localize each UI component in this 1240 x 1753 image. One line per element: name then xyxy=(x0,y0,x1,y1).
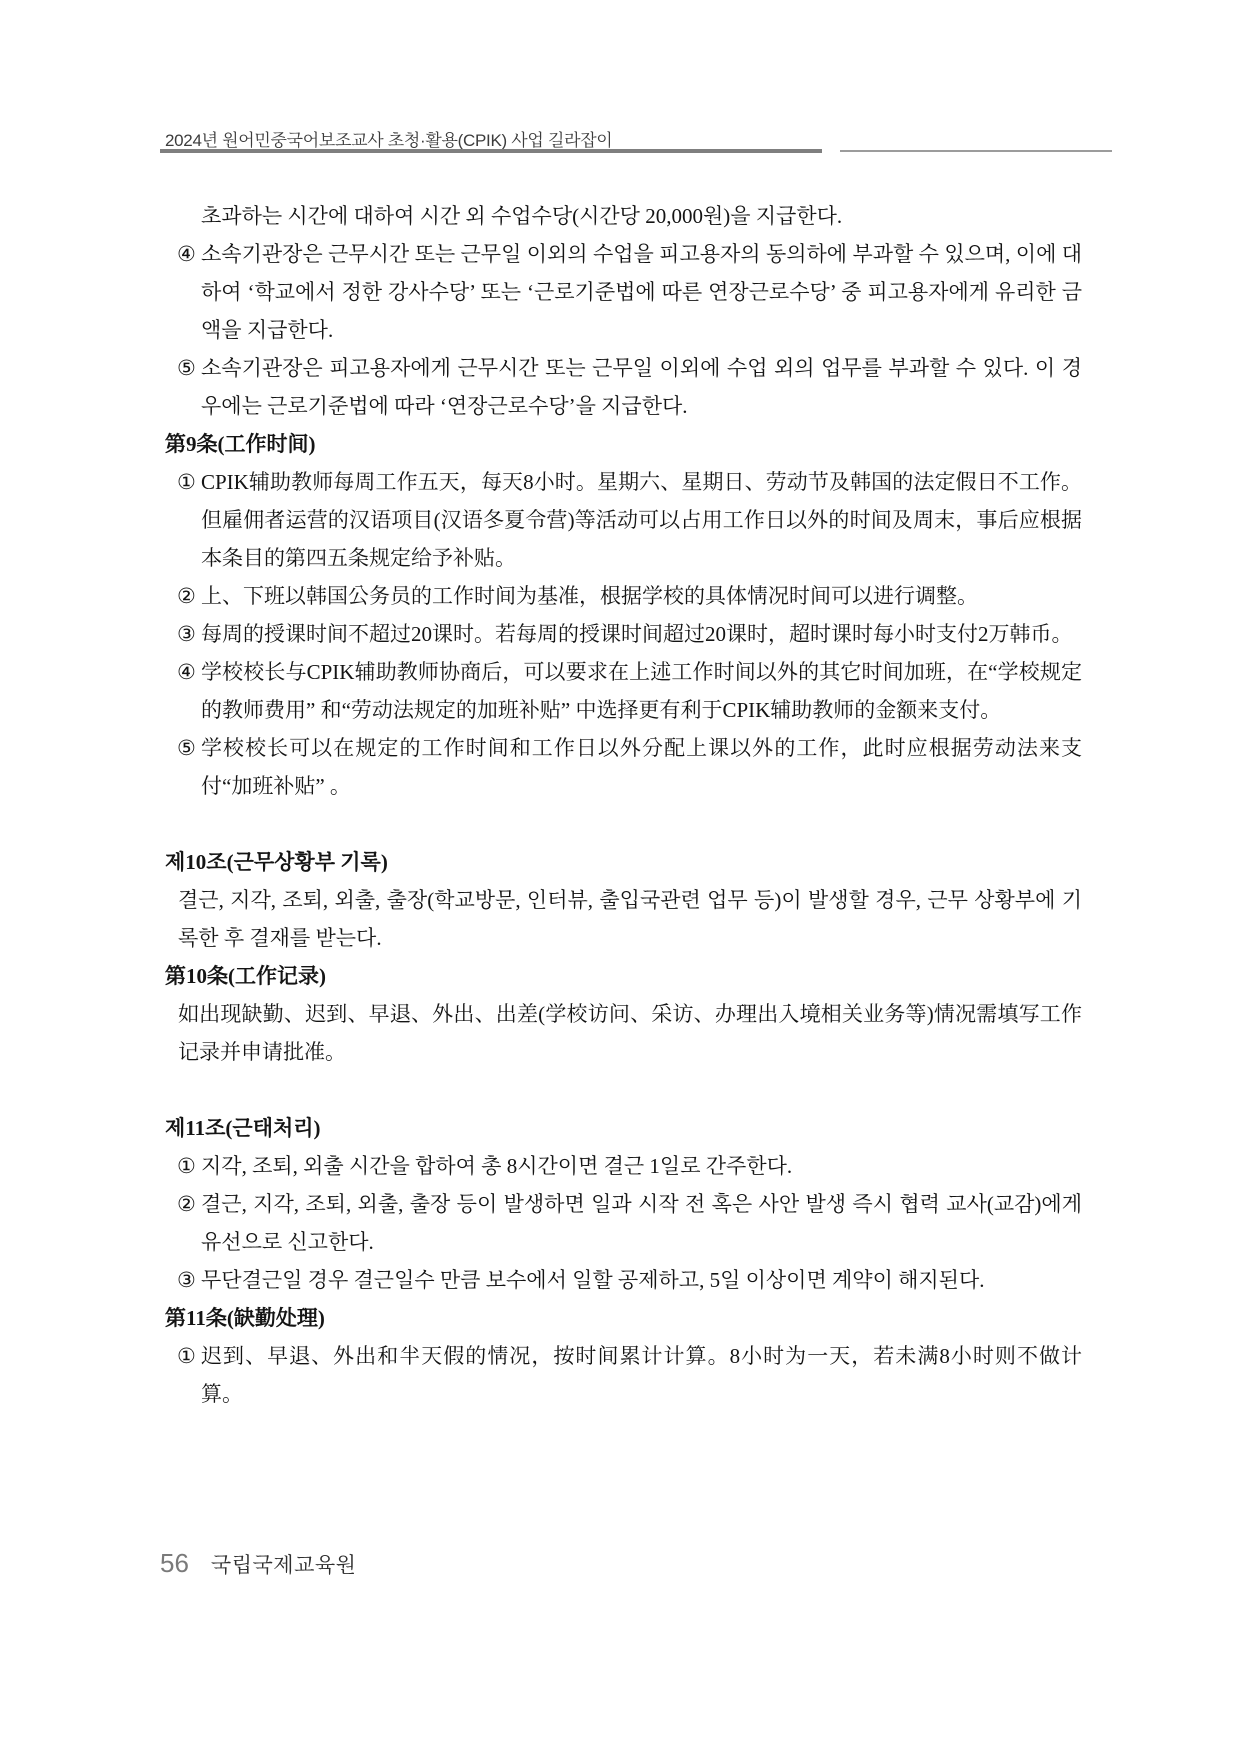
list-item: ③ 每周的授课时间不超过20课时。若每周的授课时间超过20课时，超时课时每小时支… xyxy=(177,615,1082,653)
section-heading-article11-ko: 제11조(근태처리) xyxy=(165,1109,1082,1147)
list-item: ⑤ 소속기관장은 피고용자에게 근무시간 또는 근무일 이외에 수업 외의 업무… xyxy=(177,349,1082,425)
running-header-title: 2024년 원어민중국어보조교사 초청·활용(CPIK) 사업 길라잡이 xyxy=(165,126,612,151)
list-item: ① CPIK辅助教师每周工作五天，每天8小时。星期六、星期日、劳动节及韩国的法定… xyxy=(177,463,1082,577)
item-text: 결근, 지각, 조퇴, 외출, 출장 등이 발생하면 일과 시작 전 혹은 사안… xyxy=(201,1192,1082,1254)
item-text: 소속기관장은 피고용자에게 근무시간 또는 근무일 이외에 수업 외의 업무를 … xyxy=(201,356,1082,418)
item-text: 学校校长可以在规定的工作时间和工作日以外分配上课以外的工作，此时应根据劳动法来支… xyxy=(201,736,1082,798)
publisher-name: 국립국제교육원 xyxy=(211,1549,357,1579)
item-text: 무단결근일 경우 결근일수 만큼 보수에서 일할 공제하고, 5일 이상이면 계… xyxy=(201,1268,985,1292)
page-body: 초과하는 시간에 대하여 시간 외 수업수당(시간당 20,000원)을 지급한… xyxy=(165,197,1082,1413)
item-number: ① xyxy=(177,1337,196,1375)
list-item: ① 迟到、早退、外出和半天假的情况，按时间累计计算。8小时为一天，若未满8小时则… xyxy=(177,1337,1082,1413)
item-text: 迟到、早退、外出和半天假的情况，按时间累计计算。8小时为一天，若未满8小时则不做… xyxy=(201,1344,1082,1406)
item-text: 学校校长与CPIK辅助教师协商后，可以要求在上述工作时间以外的其它时间加班，在“… xyxy=(201,660,1082,722)
item-text: CPIK辅助教师每周工作五天，每天8小时。星期六、星期日、劳动节及韩国的法定假日… xyxy=(201,470,1082,570)
list-item: ① 지각, 조퇴, 외출 시간을 합하여 총 8시간이면 결근 1일로 간주한다… xyxy=(177,1147,1082,1185)
paragraph: 如出现缺勤、迟到、早退、外出、出差(学校访问、采访、办理出入境相关业务等)情况需… xyxy=(178,995,1082,1071)
item-text: 上、下班以韩国公务员的工作时间为基准，根据学校的具体情况时间可以进行调整。 xyxy=(201,584,978,608)
item-number: ④ xyxy=(177,653,196,691)
list-item: ③ 무단결근일 경우 결근일수 만큼 보수에서 일할 공제하고, 5일 이상이면… xyxy=(177,1261,1082,1299)
item-text: 지각, 조퇴, 외출 시간을 합하여 총 8시간이면 결근 1일로 간주한다. xyxy=(201,1154,792,1178)
header-rule-thin xyxy=(840,150,1112,152)
item-number: ③ xyxy=(177,615,196,653)
item-number: ③ xyxy=(177,1261,196,1299)
item-number: ① xyxy=(177,463,196,501)
item-number: ② xyxy=(177,1185,196,1223)
list-item: ④ 소속기관장은 근무시간 또는 근무일 이외의 수업을 피고용자의 동의하에 … xyxy=(177,235,1082,349)
item-text: 每周的授课时间不超过20课时。若每周的授课时间超过20课时，超时课时每小时支付2… xyxy=(201,622,1073,646)
page-footer: 56 국립국제교육원 xyxy=(160,1548,356,1579)
section-heading-article11-zh: 第11条(缺勤处理) xyxy=(165,1299,1082,1337)
page-number: 56 xyxy=(160,1548,189,1579)
continuation-line: 초과하는 시간에 대하여 시간 외 수업수당(시간당 20,000원)을 지급한… xyxy=(165,197,1082,235)
list-item: ② 上、下班以韩国公务员的工作时间为基准，根据学校的具体情况时间可以进行调整。 xyxy=(177,577,1082,615)
section-heading-article10-ko: 제10조(근무상황부 기록) xyxy=(165,843,1082,881)
section-heading-article10-zh: 第10条(工作记录) xyxy=(165,957,1082,995)
item-number: ⑤ xyxy=(177,729,196,767)
item-number: ② xyxy=(177,577,196,615)
header-rule-thick xyxy=(160,149,822,153)
list-item: ⑤ 学校校长可以在规定的工作时间和工作日以外分配上课以外的工作，此时应根据劳动法… xyxy=(177,729,1082,805)
item-number: ① xyxy=(177,1147,196,1185)
section-heading-article9-zh: 第9条(工作时间) xyxy=(165,425,1082,463)
item-number: ⑤ xyxy=(177,349,196,387)
paragraph: 결근, 지각, 조퇴, 외출, 출장(학교방문, 인터뷰, 출입국관련 업무 등… xyxy=(178,881,1082,957)
item-number: ④ xyxy=(177,235,196,273)
list-item: ② 결근, 지각, 조퇴, 외출, 출장 등이 발생하면 일과 시작 전 혹은 … xyxy=(177,1185,1082,1261)
item-text: 소속기관장은 근무시간 또는 근무일 이외의 수업을 피고용자의 동의하에 부과… xyxy=(201,242,1082,342)
list-item: ④ 学校校长与CPIK辅助教师协商后，可以要求在上述工作时间以外的其它时间加班，… xyxy=(177,653,1082,729)
